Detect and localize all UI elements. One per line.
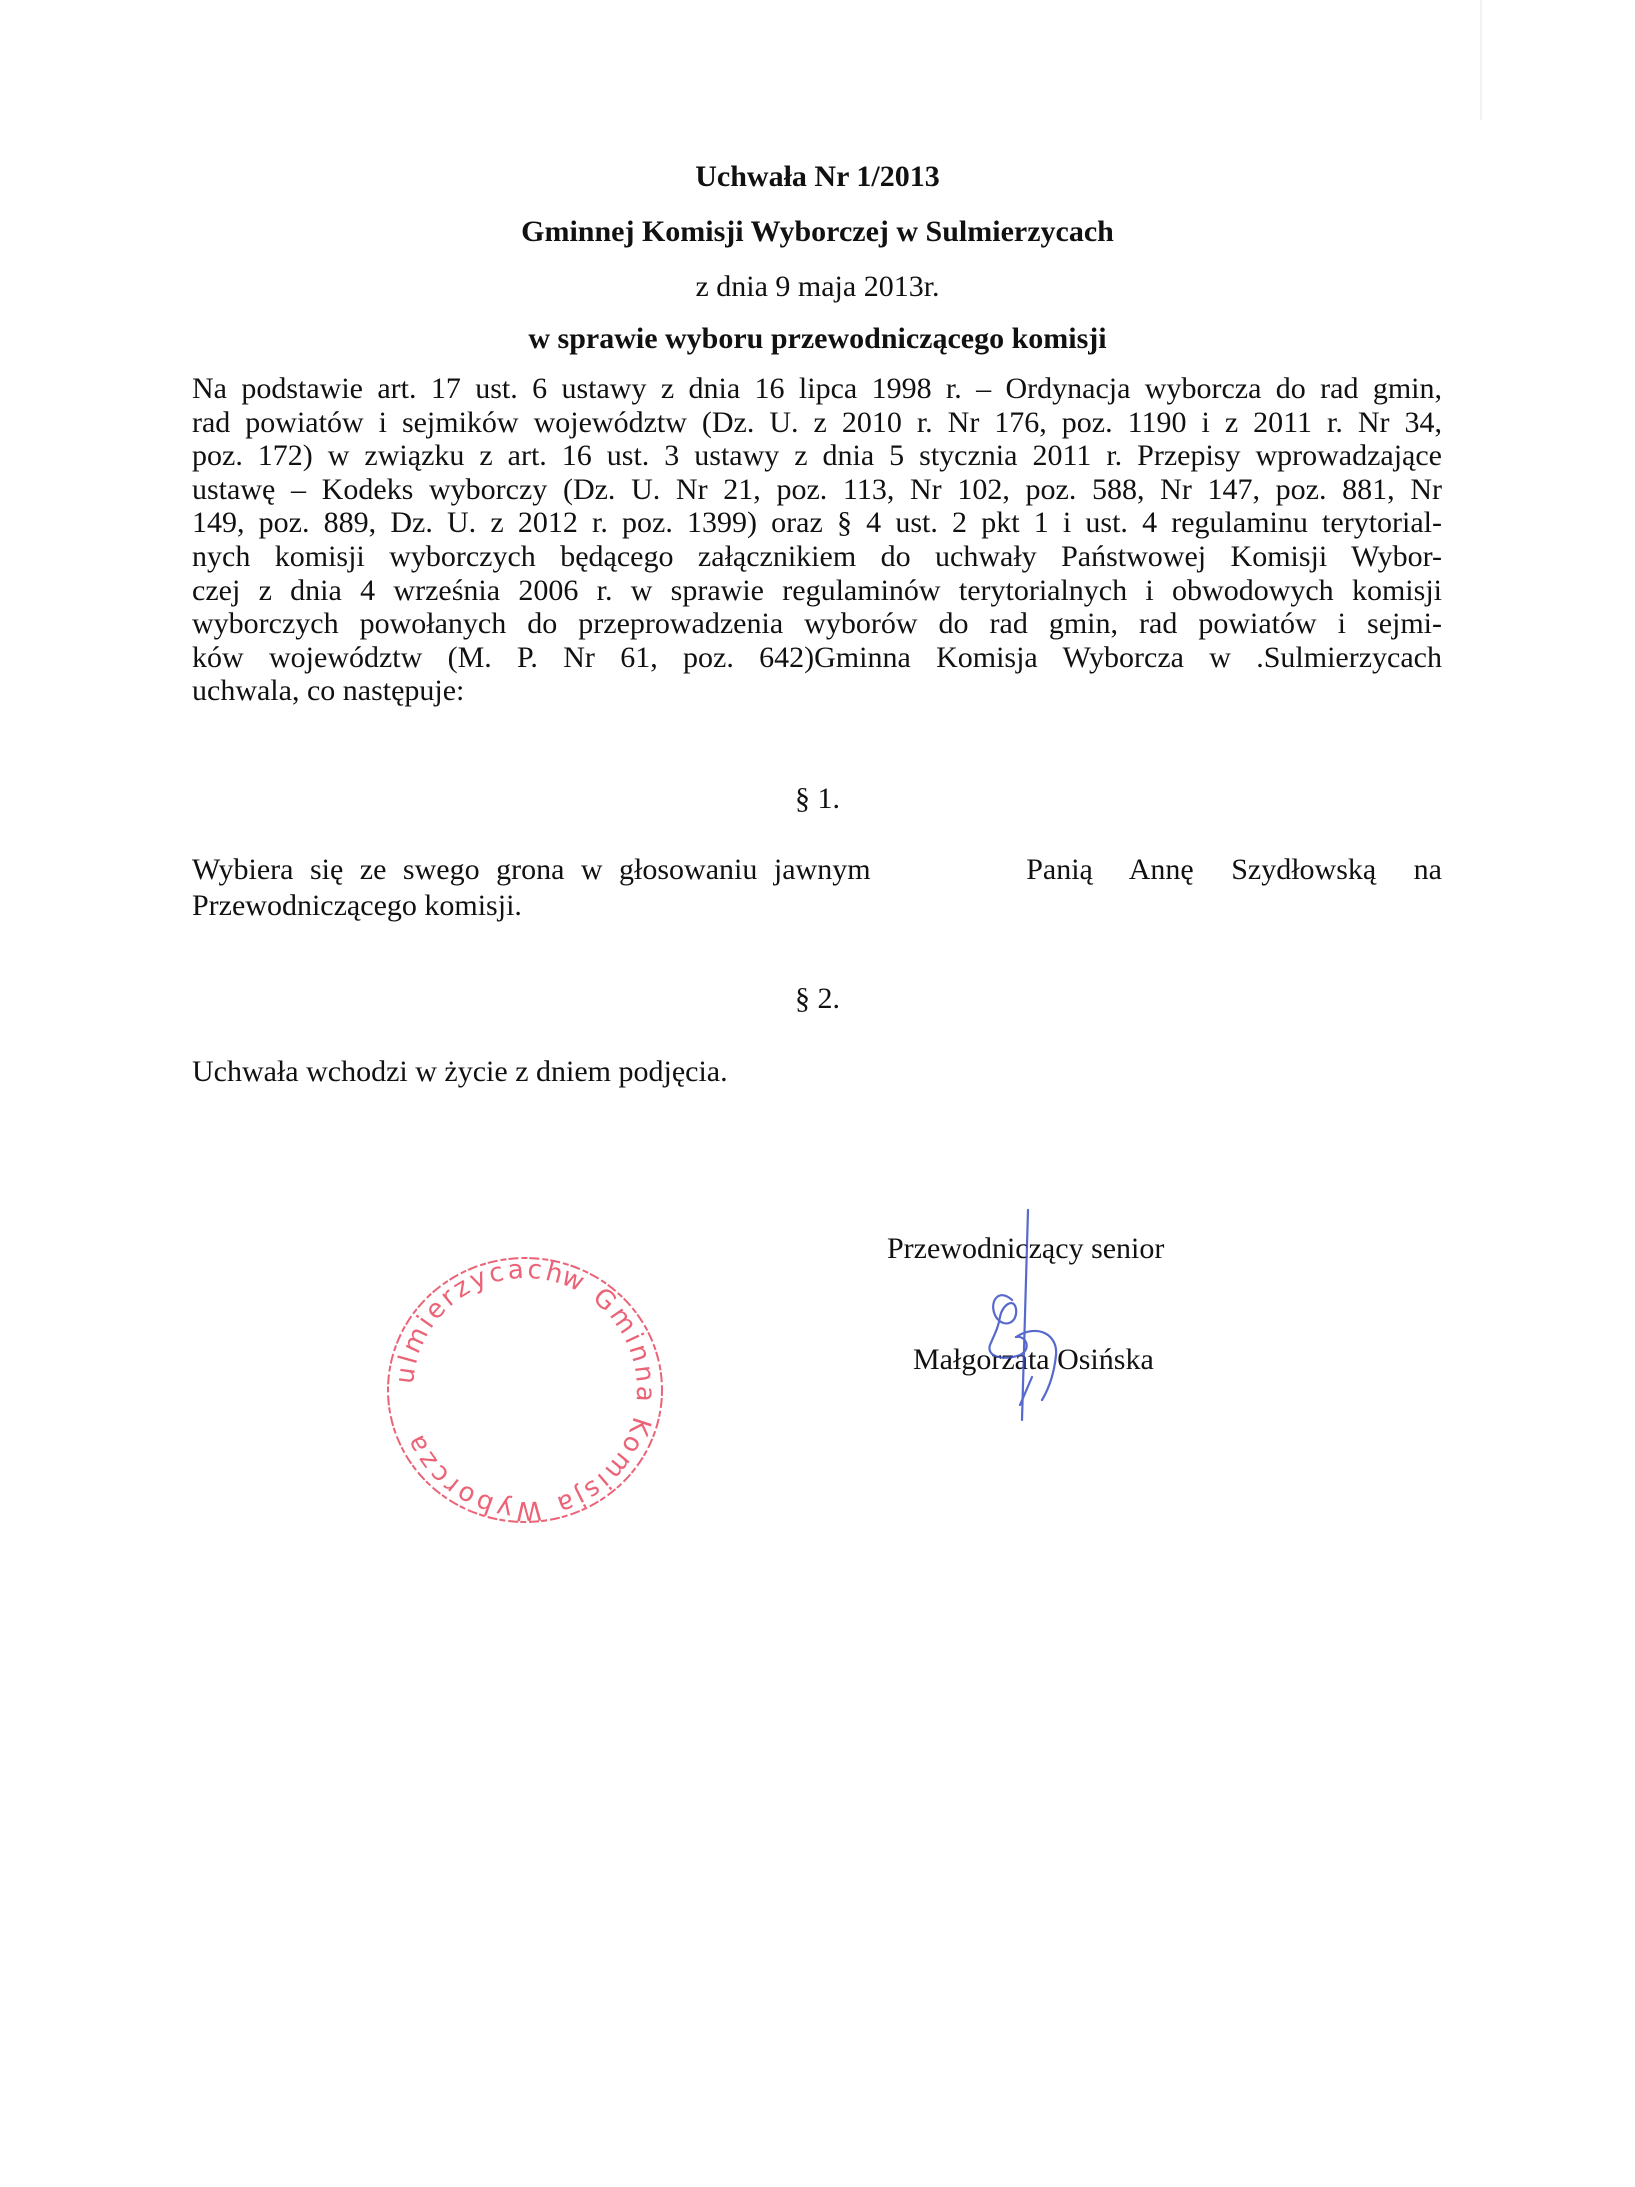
preamble-line: rad powiatów i sejmików województw (Dz. … bbox=[192, 406, 1442, 440]
resolution-title: Uchwała Nr 1/2013 bbox=[0, 160, 1635, 194]
svg-text:Sulmierzycach: Sulmierzycach bbox=[370, 1240, 569, 1386]
section-2-text: Uchwała wchodzi w życie z dniem podjęcia… bbox=[192, 1055, 728, 1089]
official-stamp-icon: Sulmierzycach w Gminna Komisja Wyborcza bbox=[370, 1240, 680, 1540]
resolution-subject: w sprawie wyboru przewodniczącego komisj… bbox=[0, 322, 1635, 356]
resolution-date: z dnia 9 maja 2013r. bbox=[0, 270, 1635, 304]
section-1-line-1-left: Wybiera się ze swego grona w głosowaniu … bbox=[192, 853, 871, 886]
section-1-mark: § 1. bbox=[0, 782, 1635, 816]
preamble-line: nych komisji wyborczych będącego załączn… bbox=[192, 540, 1442, 574]
scan-artifact bbox=[1480, 0, 1482, 120]
section-1-text: Wybiera się ze swego grona w głosowaniu … bbox=[192, 852, 1442, 924]
section-1-line-1: Wybiera się ze swego grona w głosowaniu … bbox=[192, 852, 1442, 888]
section-1-line-1-right: Panią Annę Szydłowską na bbox=[1026, 852, 1442, 888]
preamble-line: wyborczych powołanych do przeprowadzenia… bbox=[192, 607, 1442, 641]
handwritten-signature-icon bbox=[960, 1205, 1080, 1425]
issuing-body: Gminnej Komisji Wyborczej w Sulmierzycac… bbox=[0, 215, 1635, 249]
preamble-line: czej z dnia 4 września 2006 r. w sprawie… bbox=[192, 574, 1442, 608]
preamble-line: ków województw (M. P. Nr 61, poz. 642)Gm… bbox=[192, 641, 1442, 675]
preamble-line: poz. 172) w związku z art. 16 ust. 3 ust… bbox=[192, 439, 1442, 473]
preamble: Na podstawie art. 17 ust. 6 ustawy z dni… bbox=[192, 372, 1442, 708]
section-1-line-2: Przewodniczącego komisji. bbox=[192, 888, 1442, 924]
section-2-mark: § 2. bbox=[0, 982, 1635, 1016]
preamble-line: ustawę – Kodeks wyborczy (Dz. U. Nr 21, … bbox=[192, 473, 1442, 507]
document-page: Uchwała Nr 1/2013 Gminnej Komisji Wyborc… bbox=[0, 0, 1635, 2187]
preamble-line: 149, poz. 889, Dz. U. z 2012 r. poz. 139… bbox=[192, 506, 1442, 540]
preamble-line: uchwala, co następuje: bbox=[192, 674, 1442, 708]
preamble-line: Na podstawie art. 17 ust. 6 ustawy z dni… bbox=[192, 372, 1442, 406]
